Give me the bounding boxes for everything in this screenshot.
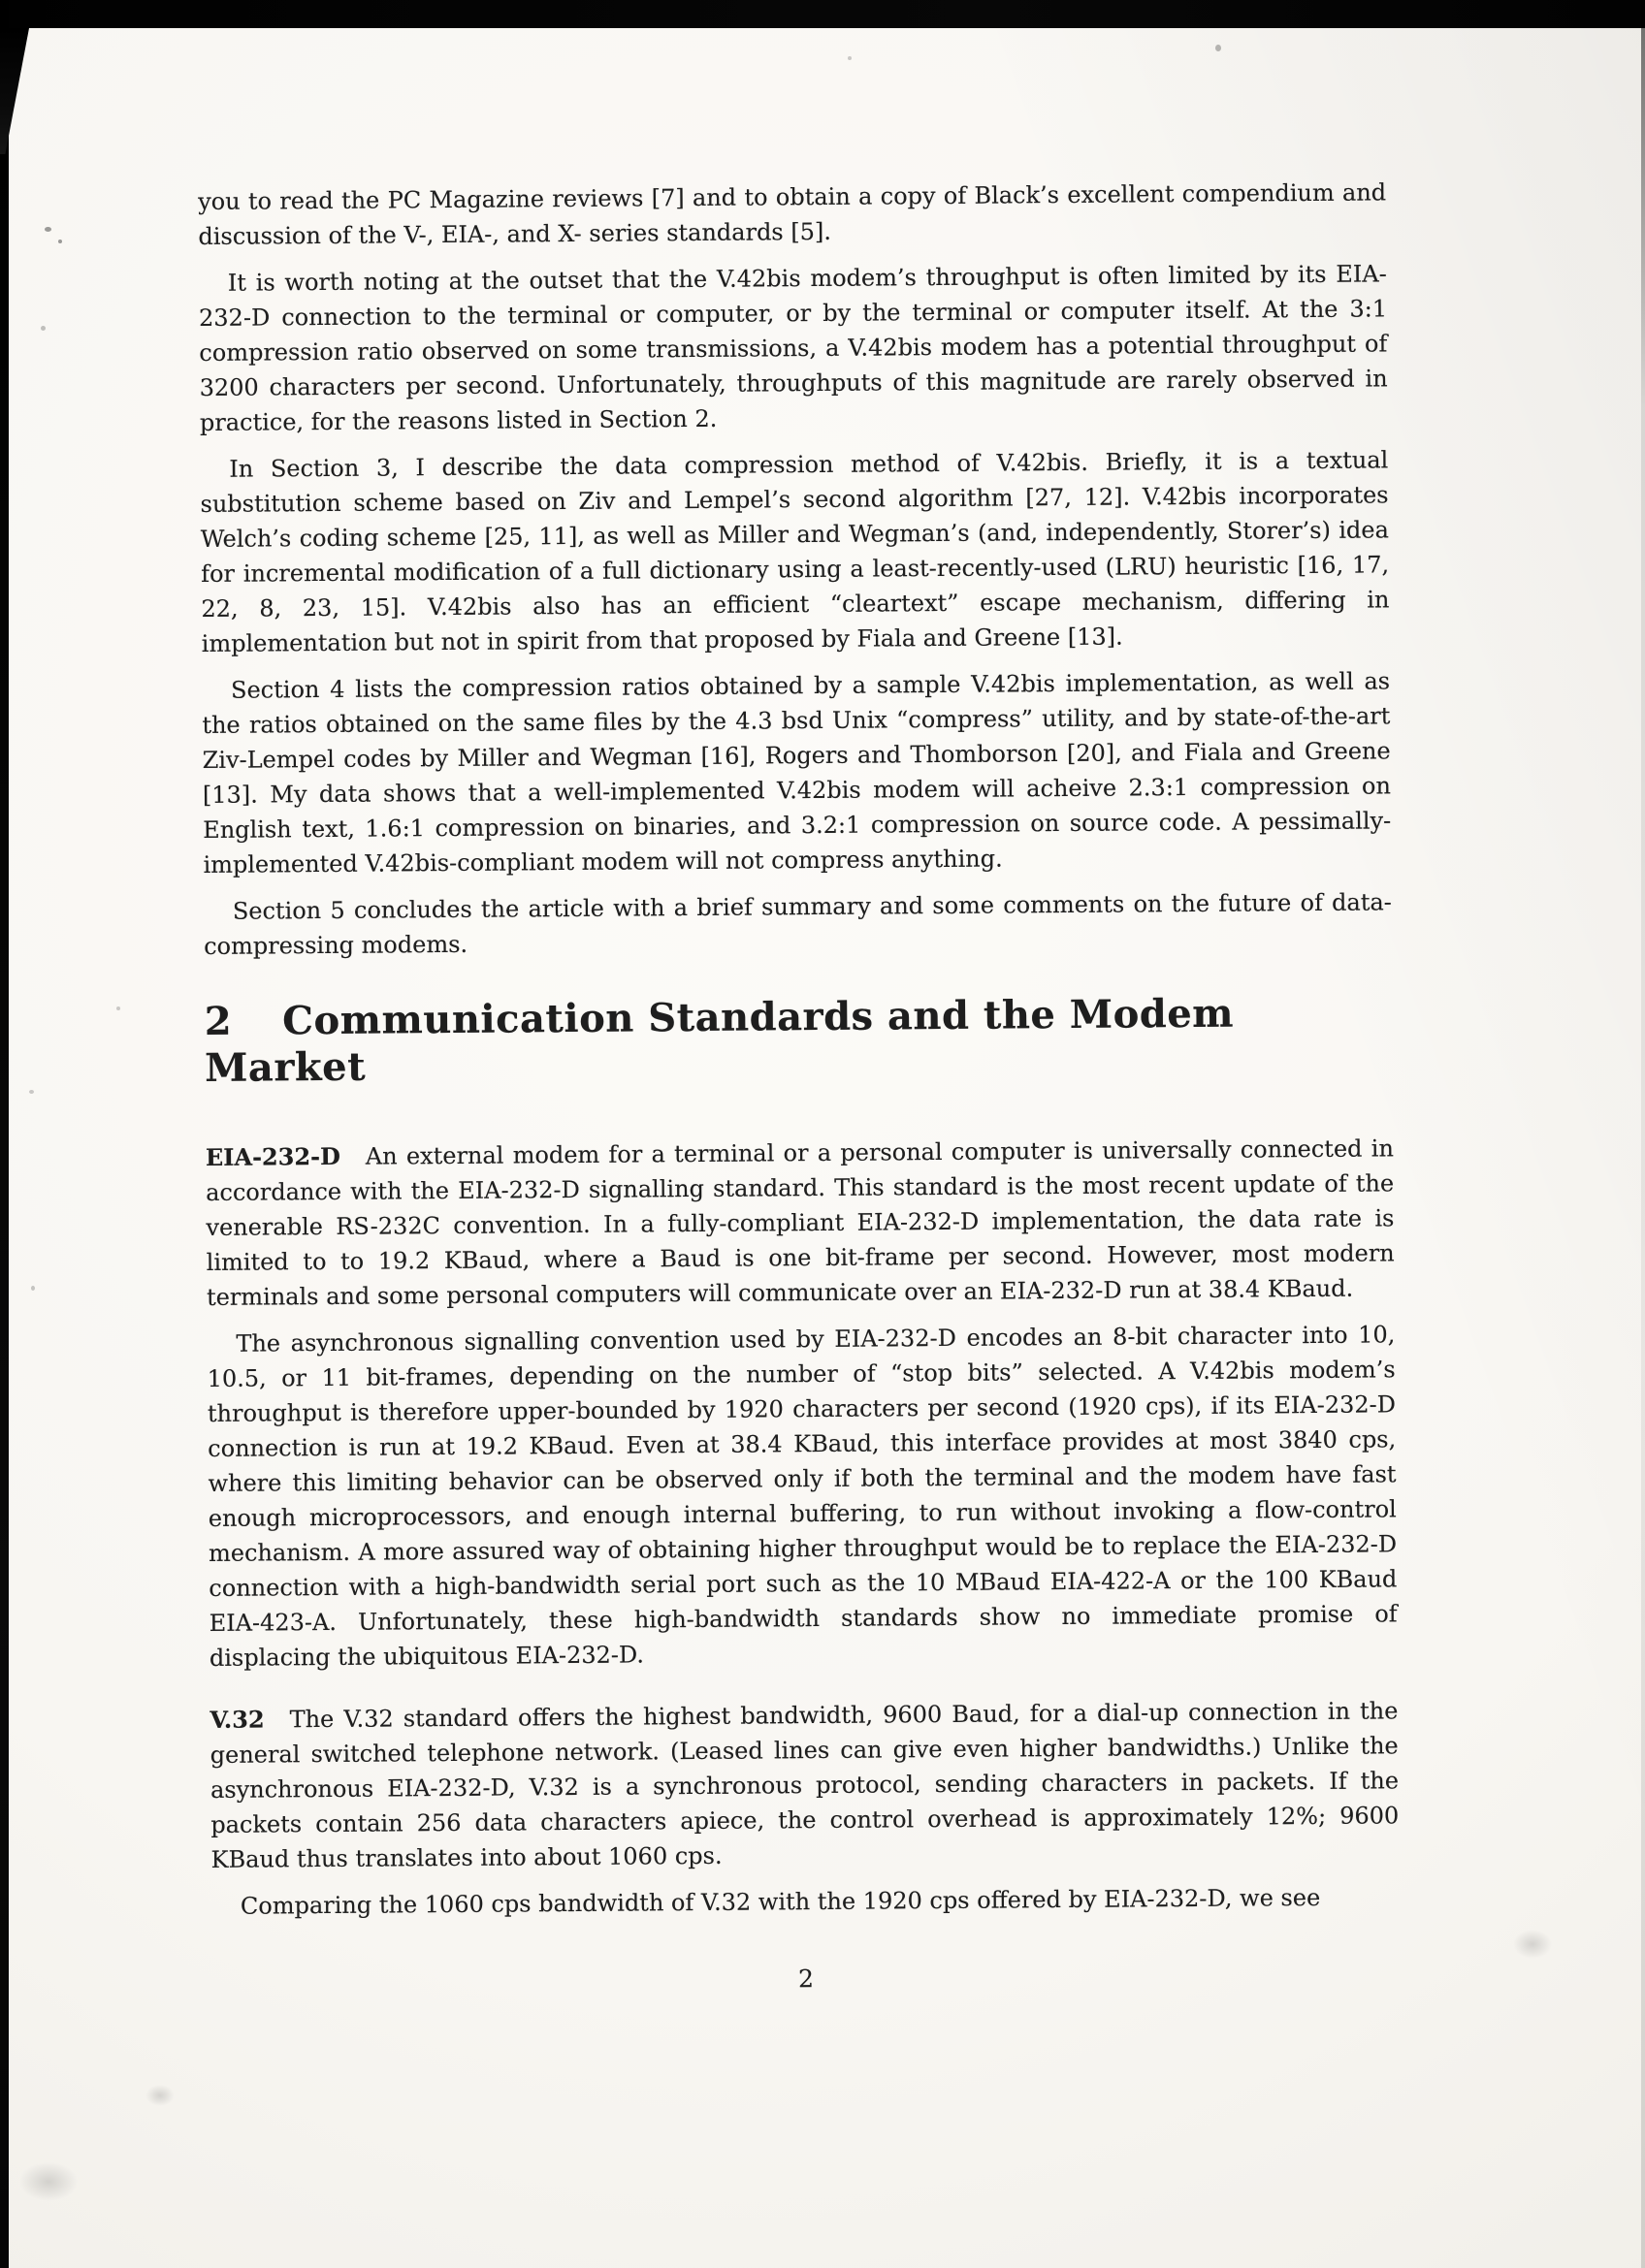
paragraph-section3-overview: In Section 3, I describe the data compre… (200, 442, 1390, 661)
section-title: Communication Standards and the Modem Ma… (205, 991, 1234, 1091)
scan-speck (1215, 45, 1221, 51)
scan-speck (58, 240, 62, 243)
section-heading: 2Communication Standards and the Modem M… (205, 989, 1394, 1092)
scan-speck (41, 326, 46, 331)
paragraph-text: An external modem for a terminal or a pe… (206, 1134, 1395, 1311)
scan-smudge (1513, 1930, 1552, 1959)
paragraph-section4-overview: Section 4 lists the compression ratios o… (202, 663, 1392, 882)
paragraph-comparing: Comparing the 1060 cps bandwidth of V.32… (211, 1879, 1400, 1924)
scan-speck (116, 1006, 120, 1010)
paragraph-v32: V.32The V.32 standard offers the highest… (210, 1693, 1399, 1877)
page-number: 2 (211, 1957, 1400, 2001)
section-number: 2 (205, 999, 233, 1044)
paragraph-asynchronous-signalling: The asynchronous signalling convention u… (207, 1317, 1398, 1676)
page-body: you to read the PC Magazine reviews [7] … (198, 175, 1401, 2001)
scan-smudge (19, 2162, 78, 2201)
scan-border-right (1641, 0, 1645, 2268)
scan-speck (848, 56, 852, 60)
paragraph-worth-noting: It is worth noting at the outset that th… (199, 256, 1388, 440)
scan-speck (31, 1286, 35, 1291)
scanned-page: { "page": { "number": "2" }, "content": … (0, 0, 1645, 2268)
scan-corner-shadow (0, 28, 29, 154)
run-in-heading-eia-232-d: EIA-232-D (206, 1142, 340, 1171)
scan-speck (45, 227, 51, 232)
paragraph-intro-continuation: you to read the PC Magazine reviews [7] … (198, 175, 1387, 254)
scan-speck (29, 1090, 34, 1094)
scan-smudge (145, 2085, 175, 2106)
scan-border-left (0, 0, 9, 2268)
paragraph-eia-232-d: EIA-232-DAn external modem for a termina… (206, 1131, 1395, 1315)
run-in-heading-v32: V.32 (210, 1706, 264, 1734)
scan-border-top (0, 0, 1645, 28)
paragraph-text: The V.32 standard offers the highest ban… (210, 1697, 1400, 1873)
paragraph-section5-overview: Section 5 concludes the article with a b… (204, 884, 1393, 964)
